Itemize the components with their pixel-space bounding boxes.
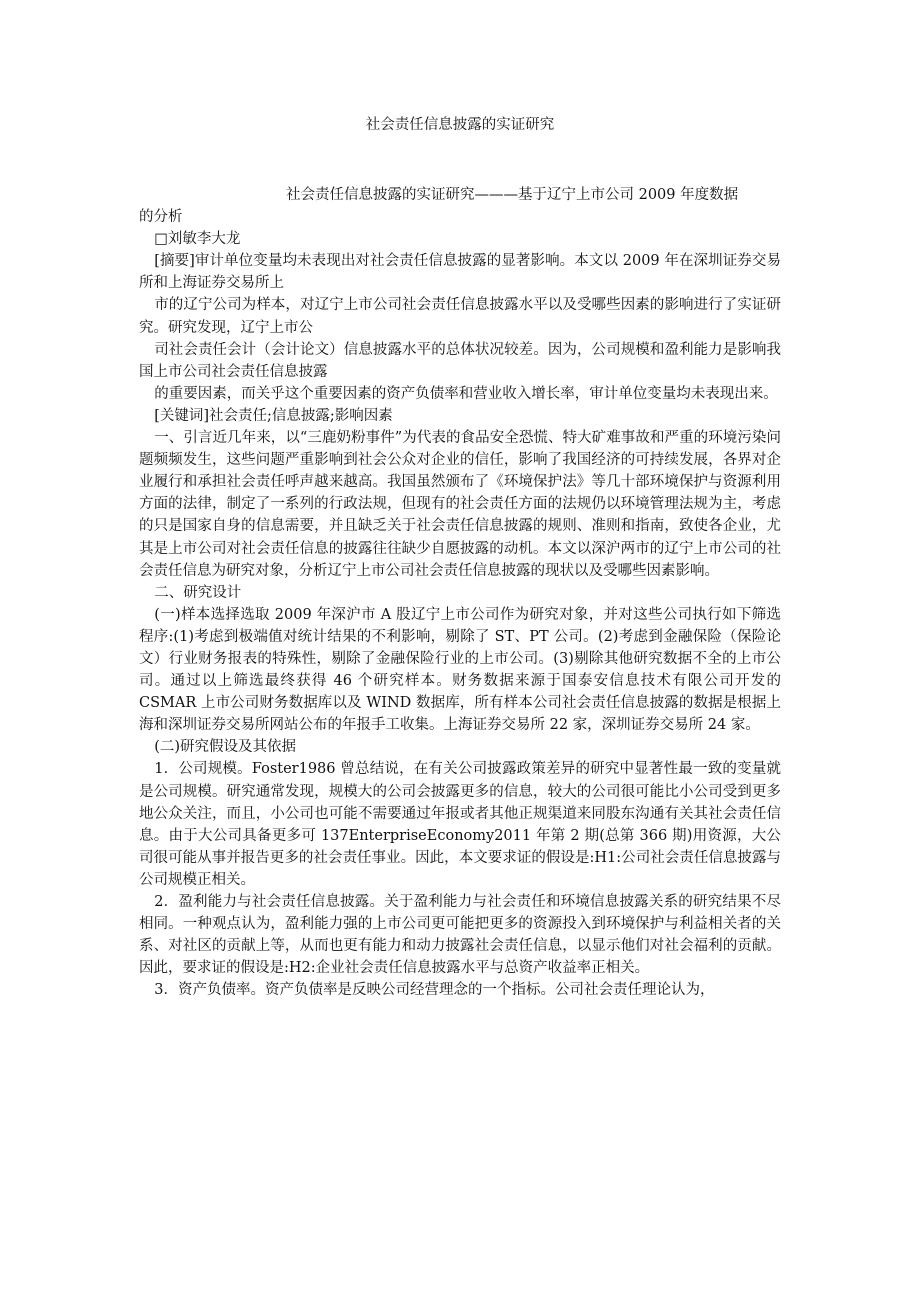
document-title: 社会责任信息披露的实证研究 [139,114,781,136]
subtitle-continued: 的分析 [139,206,781,228]
section-heading: 二、研究设计 [139,582,781,604]
abstract-paragraph: 的重要因素，而关乎这个重要因素的资产负债率和营业收入增长率，审计单位变量均未表现… [139,383,781,405]
hypothesis-2-paragraph: 2．盈利能力与社会责任信息披露。关于盈利能力与社会责任和环境信息披露关系的研究结… [139,891,781,979]
abstract-paragraph: 司社会责任会计（会计论文）信息披露水平的总体状况较差。因为，公司规模和盈利能力是… [139,339,781,383]
hypothesis-3-paragraph: 3．资产负债率。资产负债率是反映公司经营理念的一个指标。公司社会责任理论认为， [139,979,781,1001]
keywords: [关键词]社会责任;信息披露;影响因素 [139,405,781,427]
hypothesis-1-paragraph: 1．公司规模。Foster1986 曾总结说，在有关公司披露政策差异的研究中显著… [139,758,781,891]
subtitle: 社会责任信息披露的实证研究———基于辽宁上市公司 2009 年度数据 [139,184,781,206]
abstract-paragraph: 市的辽宁公司为样本，对辽宁上市公司社会责任信息披露水平以及受哪些因素的影响进行了… [139,294,781,338]
sample-paragraph: (一)样本选择选取 2009 年深沪市 A 股辽宁上市公司作为研究对象，并对这些… [139,604,781,737]
authors: □刘敏李大龙 [139,228,781,250]
subsection-heading: (二)研究假设及其依据 [139,736,781,758]
document-body: 社会责任信息披露的实证研究———基于辽宁上市公司 2009 年度数据 的分析 □… [139,184,781,1001]
intro-paragraph: 一、引言近几年来，以“三鹿奶粉事件”为代表的食品安全恐慌、特大矿难事故和严重的环… [139,427,781,582]
abstract-paragraph: [摘要]审计单位变量均未表现出对社会责任信息披露的显著影响。本文以 2009 年… [139,250,781,294]
